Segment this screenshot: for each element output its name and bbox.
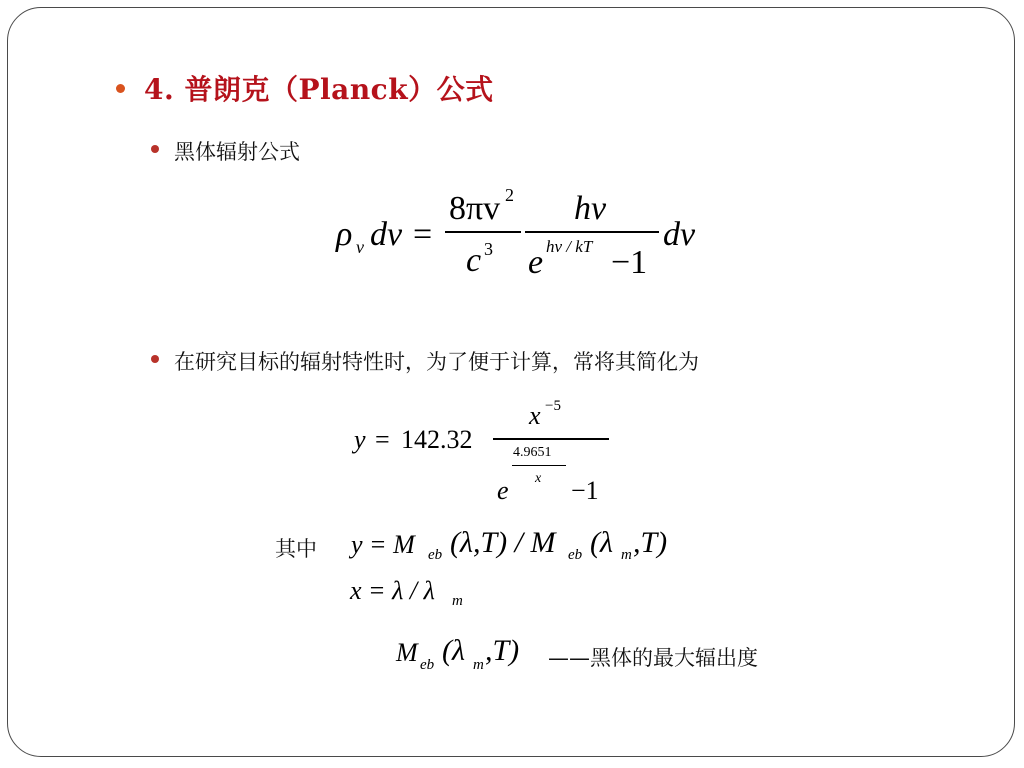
def-y-sub: eb: [428, 548, 442, 563]
dv-left: dv: [370, 218, 402, 252]
numerator-x: x: [529, 403, 541, 429]
coefficient: 142.32: [401, 427, 473, 453]
frac1-num-exponent: 2: [505, 186, 514, 204]
rho-subscript: v: [356, 238, 364, 256]
fraction-bar: [525, 231, 659, 233]
where-label: 其中: [275, 533, 317, 563]
frac2-numerator: hv: [574, 192, 606, 226]
def-y-tail-sub: m: [621, 548, 632, 563]
bullet-icon: [151, 145, 159, 153]
y-symbol: y: [354, 427, 366, 453]
frac2-den-exponent: hv / kT: [546, 238, 592, 255]
frac1-den-exponent: 3: [484, 240, 493, 258]
dv-right: dv: [663, 218, 695, 252]
frac2-den-minus-one: −1: [611, 246, 647, 280]
frac1-denominator: c: [466, 244, 481, 278]
numerator-exponent: −5: [545, 399, 561, 414]
max-sub2: m: [473, 658, 484, 673]
max-close: ,T): [485, 636, 519, 666]
exp-denominator: x: [535, 472, 541, 486]
def-y-sub2: eb: [568, 548, 582, 563]
den-minus-one: −1: [571, 478, 599, 504]
max-M: M: [396, 640, 418, 666]
equals-sign: =: [413, 218, 432, 252]
bullet-simplification: 在研究目标的辐射特性时，为了便于计算，常将其简化为: [174, 346, 699, 376]
def-y-lhs: y = M: [351, 532, 415, 558]
fraction-bar: [493, 438, 609, 440]
def-y-tail-close: ,T): [633, 528, 667, 558]
rho-symbol: ρ: [336, 218, 352, 252]
max-description: ——黑体的最大辐出度: [548, 642, 758, 672]
frac2-den-e: e: [528, 246, 543, 280]
title-bullet-icon: [116, 84, 125, 93]
bullet-icon: [151, 355, 159, 363]
max-sub: eb: [420, 658, 434, 673]
exp-numerator: 4.9651: [513, 446, 552, 460]
def-x-sub: m: [452, 594, 463, 609]
bullet-blackbody-formula: 黑体辐射公式: [174, 136, 300, 166]
exp-fraction-bar: [512, 465, 566, 466]
max-open: (λ: [442, 636, 465, 666]
den-e: e: [497, 478, 509, 504]
slide-title: 4. 普朗克（Planck）公式: [144, 68, 494, 108]
def-y-tail-open: (λ: [590, 528, 613, 558]
equals-sign: =: [375, 427, 390, 453]
frac1-numerator: 8πv: [449, 190, 500, 227]
fraction-bar: [445, 231, 521, 233]
def-y-mid: (λ,T) / M: [450, 528, 555, 558]
def-x-lhs: x = λ / λ: [350, 578, 435, 604]
